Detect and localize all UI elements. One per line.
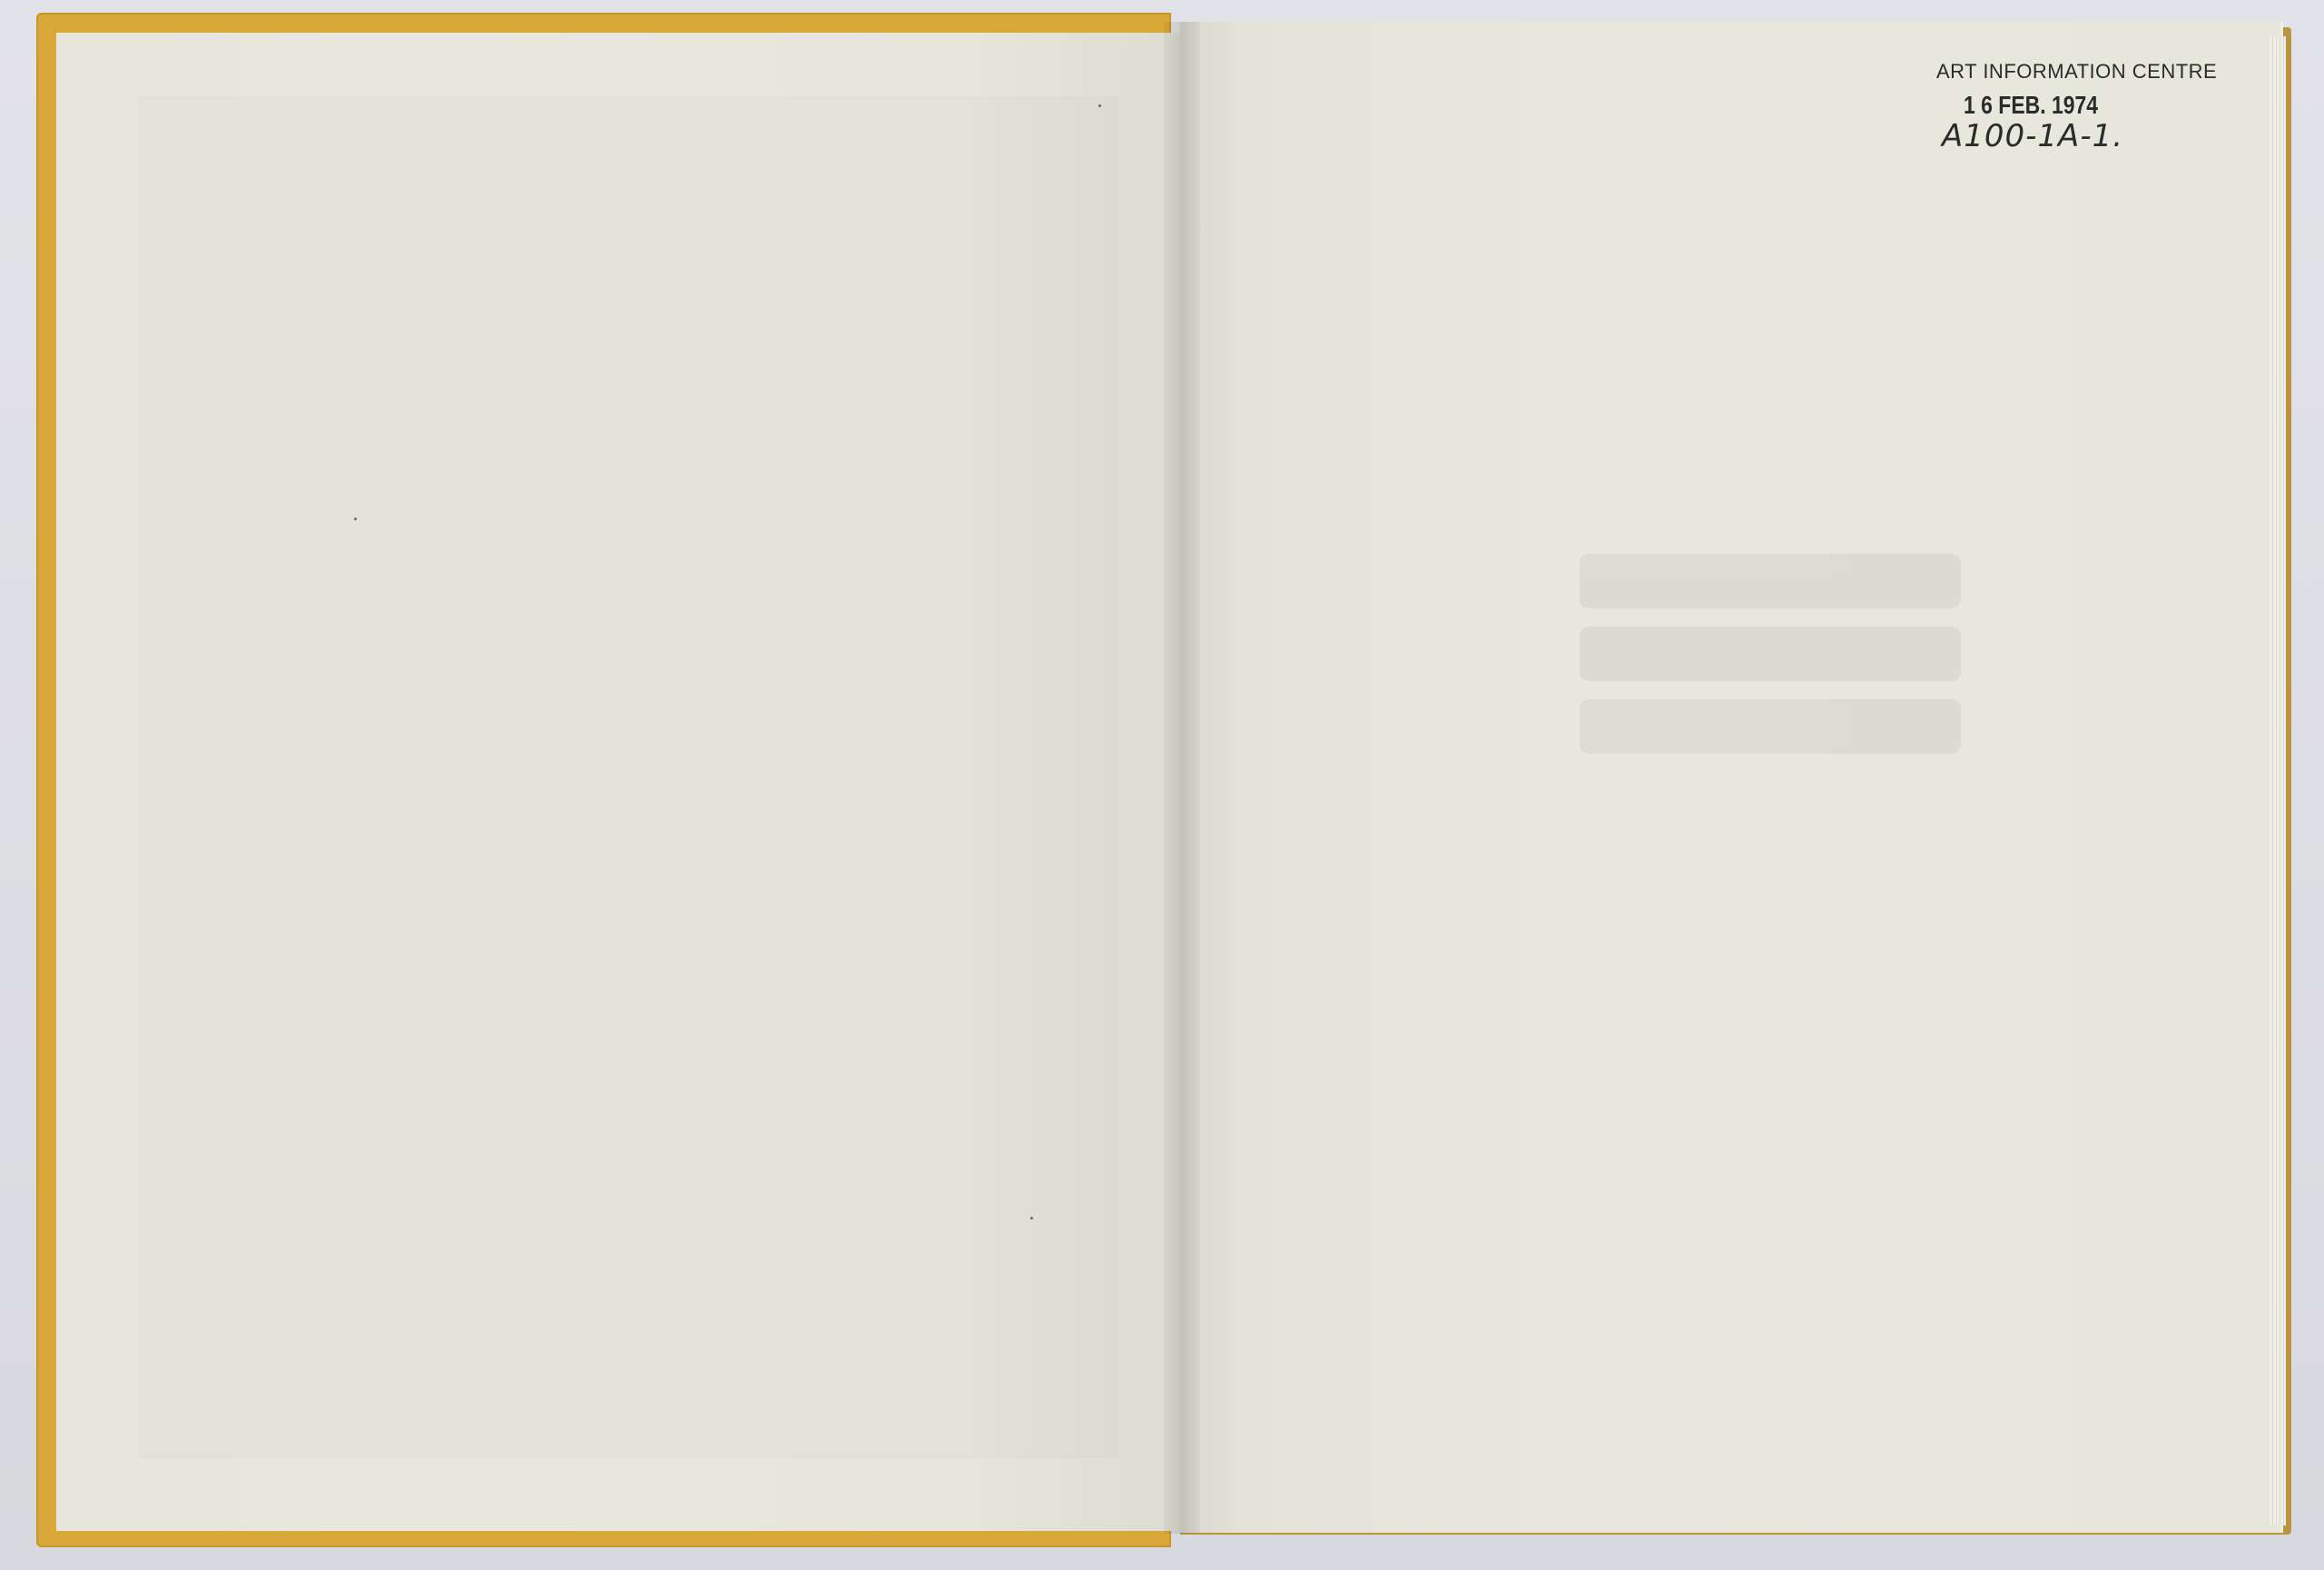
background-surface: ART INFORMATION CENTRE 1 6 FEB. 1974 A10…	[0, 0, 2324, 1570]
paper-speck	[354, 518, 357, 520]
handwritten-accession-number: A100-1A-1.	[1942, 118, 2217, 154]
page-block-edges	[2270, 36, 2286, 1526]
stamp-date: 1 6 FEB. 1974	[1964, 91, 2171, 120]
left-endpaper-page	[56, 33, 1182, 1531]
stamp-organization: ART INFORMATION CENTRE	[1936, 60, 2217, 84]
book-gutter	[1164, 22, 1200, 1534]
paper-speck	[1098, 104, 1101, 107]
left-page-shading	[138, 96, 1118, 1458]
library-stamp: ART INFORMATION CENTRE 1 6 FEB. 1974 A10…	[1936, 60, 2217, 154]
paper-speck	[1030, 1217, 1033, 1219]
show-through-text	[1580, 536, 1961, 808]
